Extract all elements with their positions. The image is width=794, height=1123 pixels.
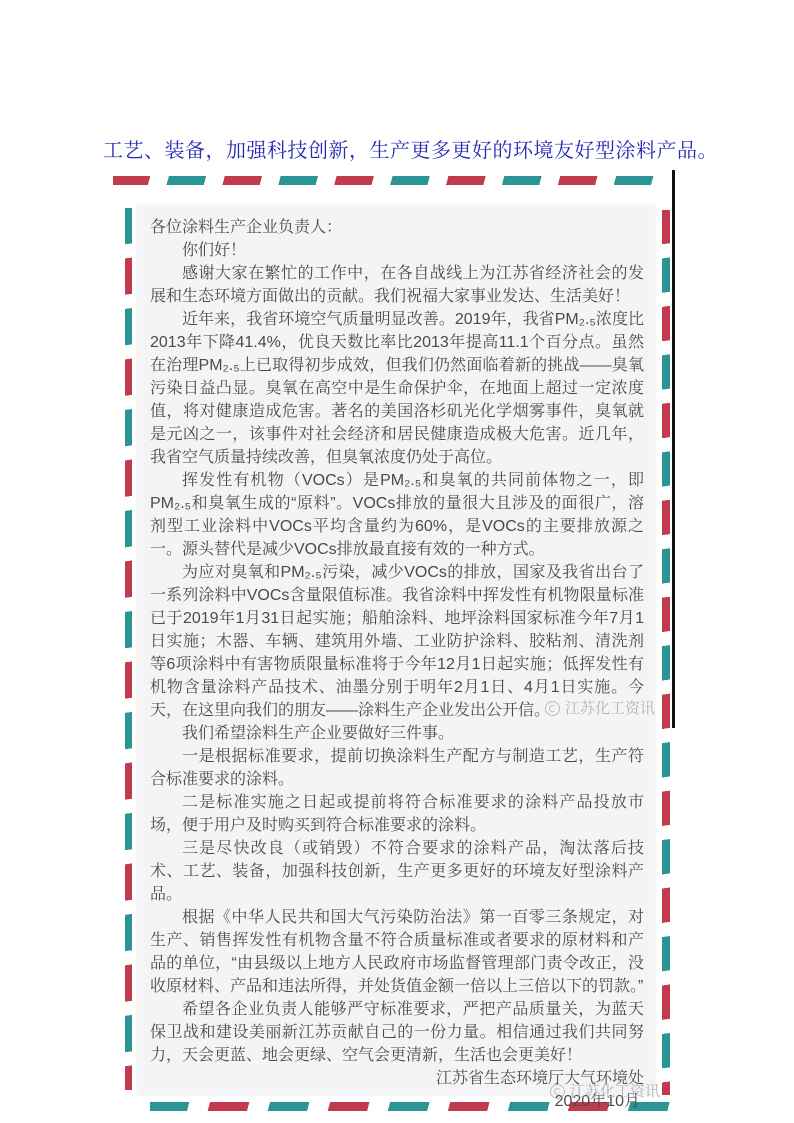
header-quote-line: 工艺、装备，加强科技创新，生产更多更好的环境友好型涂料产品。 <box>103 139 743 163</box>
letter-paragraph: 希望各企业负责人能够严守标准要求，严把产品质量关，为蓝天保卫战和建设美丽新江苏贡… <box>150 998 644 1067</box>
letter-paper: 各位涂料生产企业负责人： 你们好！ 感谢大家在繁忙的工作中，在各自战线上为江苏省… <box>137 205 655 1095</box>
watermark-logo-icon <box>545 701 560 716</box>
letter-paragraph: 根据《中华人民共和国大气污染防治法》第一百零三条规定，对生产、销售挥发性有机物含… <box>150 906 644 998</box>
watermark-logo-icon <box>550 1084 565 1099</box>
watermark-badge: 江苏化工资讯 <box>545 700 655 717</box>
envelope-border-right <box>662 210 670 1095</box>
envelope-border-top <box>113 176 655 185</box>
watermark-text: 江苏化工资讯 <box>565 700 655 717</box>
article-page: 工艺、装备，加强科技创新，生产更多更好的环境友好型涂料产品。 各位涂料生产企业负… <box>0 0 794 1123</box>
envelope-border-left <box>125 208 132 1090</box>
watermark-text: 江苏化工资讯 <box>570 1083 660 1100</box>
page-edge-line <box>672 170 675 728</box>
envelope: 各位涂料生产企业负责人： 你们好！ 感谢大家在繁忙的工作中，在各自战线上为江苏省… <box>105 170 705 1120</box>
letter-paragraph: 我们希望涂料生产企业要做好三件事。 <box>150 722 644 745</box>
letter-paragraph: 二是标准实施之日起或提前将符合标准要求的涂料产品投放市场，便于用户及时购买到符合… <box>150 791 644 837</box>
letter-paragraph: 近年来，我省环境空气质量明显改善。2019年，我省PM₂.₅浓度比2013年下降… <box>150 308 644 469</box>
letter-paragraph: 三是尽快改良（或销毁）不符合要求的涂料产品，淘汰落后技术、工艺、装备，加强科技创… <box>150 837 644 906</box>
watermark-badge: 江苏化工资讯 <box>550 1083 660 1100</box>
letter-paragraph: 一是根据标准要求，提前切换涂料生产配方与制造工艺，生产符合标准要求的涂料。 <box>150 745 644 791</box>
letter-paragraph: 你们好！ <box>150 239 644 262</box>
letter-paragraph: 感谢大家在繁忙的工作中，在各自战线上为江苏省经济社会的发展和生态环境方面做出的贡… <box>150 262 644 308</box>
letter-paragraph: 挥发性有机物（VOCs）是PM₂.₅和臭氧的共同前体物之一，即PM₂.₅和臭氧生… <box>150 469 644 561</box>
letter-salutation: 各位涂料生产企业负责人： <box>150 216 644 239</box>
letter-paragraph: 为应对臭氧和PM₂.₅污染，减少VOCs的排放，国家及我省出台了一系列涂料中VO… <box>150 561 644 722</box>
